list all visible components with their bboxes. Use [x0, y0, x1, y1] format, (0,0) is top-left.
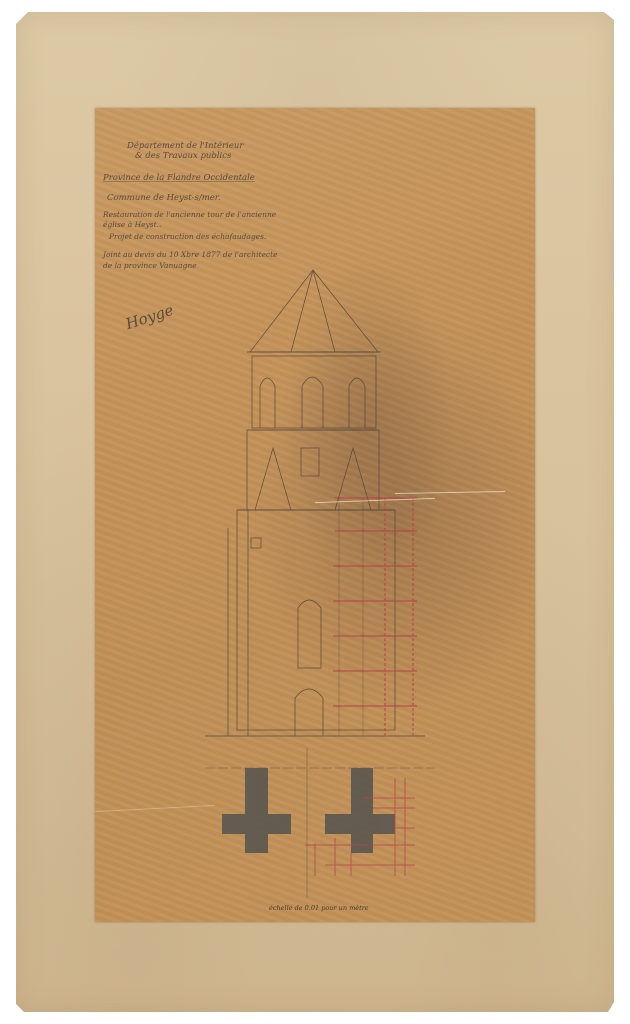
pier-plan	[222, 768, 395, 853]
drawing-sheet: Département de l'Intérieur & des Travaux…	[95, 108, 535, 922]
scale-note: échelle de 0.01 pour un mètre	[269, 904, 369, 912]
tower-drawing	[95, 108, 535, 922]
